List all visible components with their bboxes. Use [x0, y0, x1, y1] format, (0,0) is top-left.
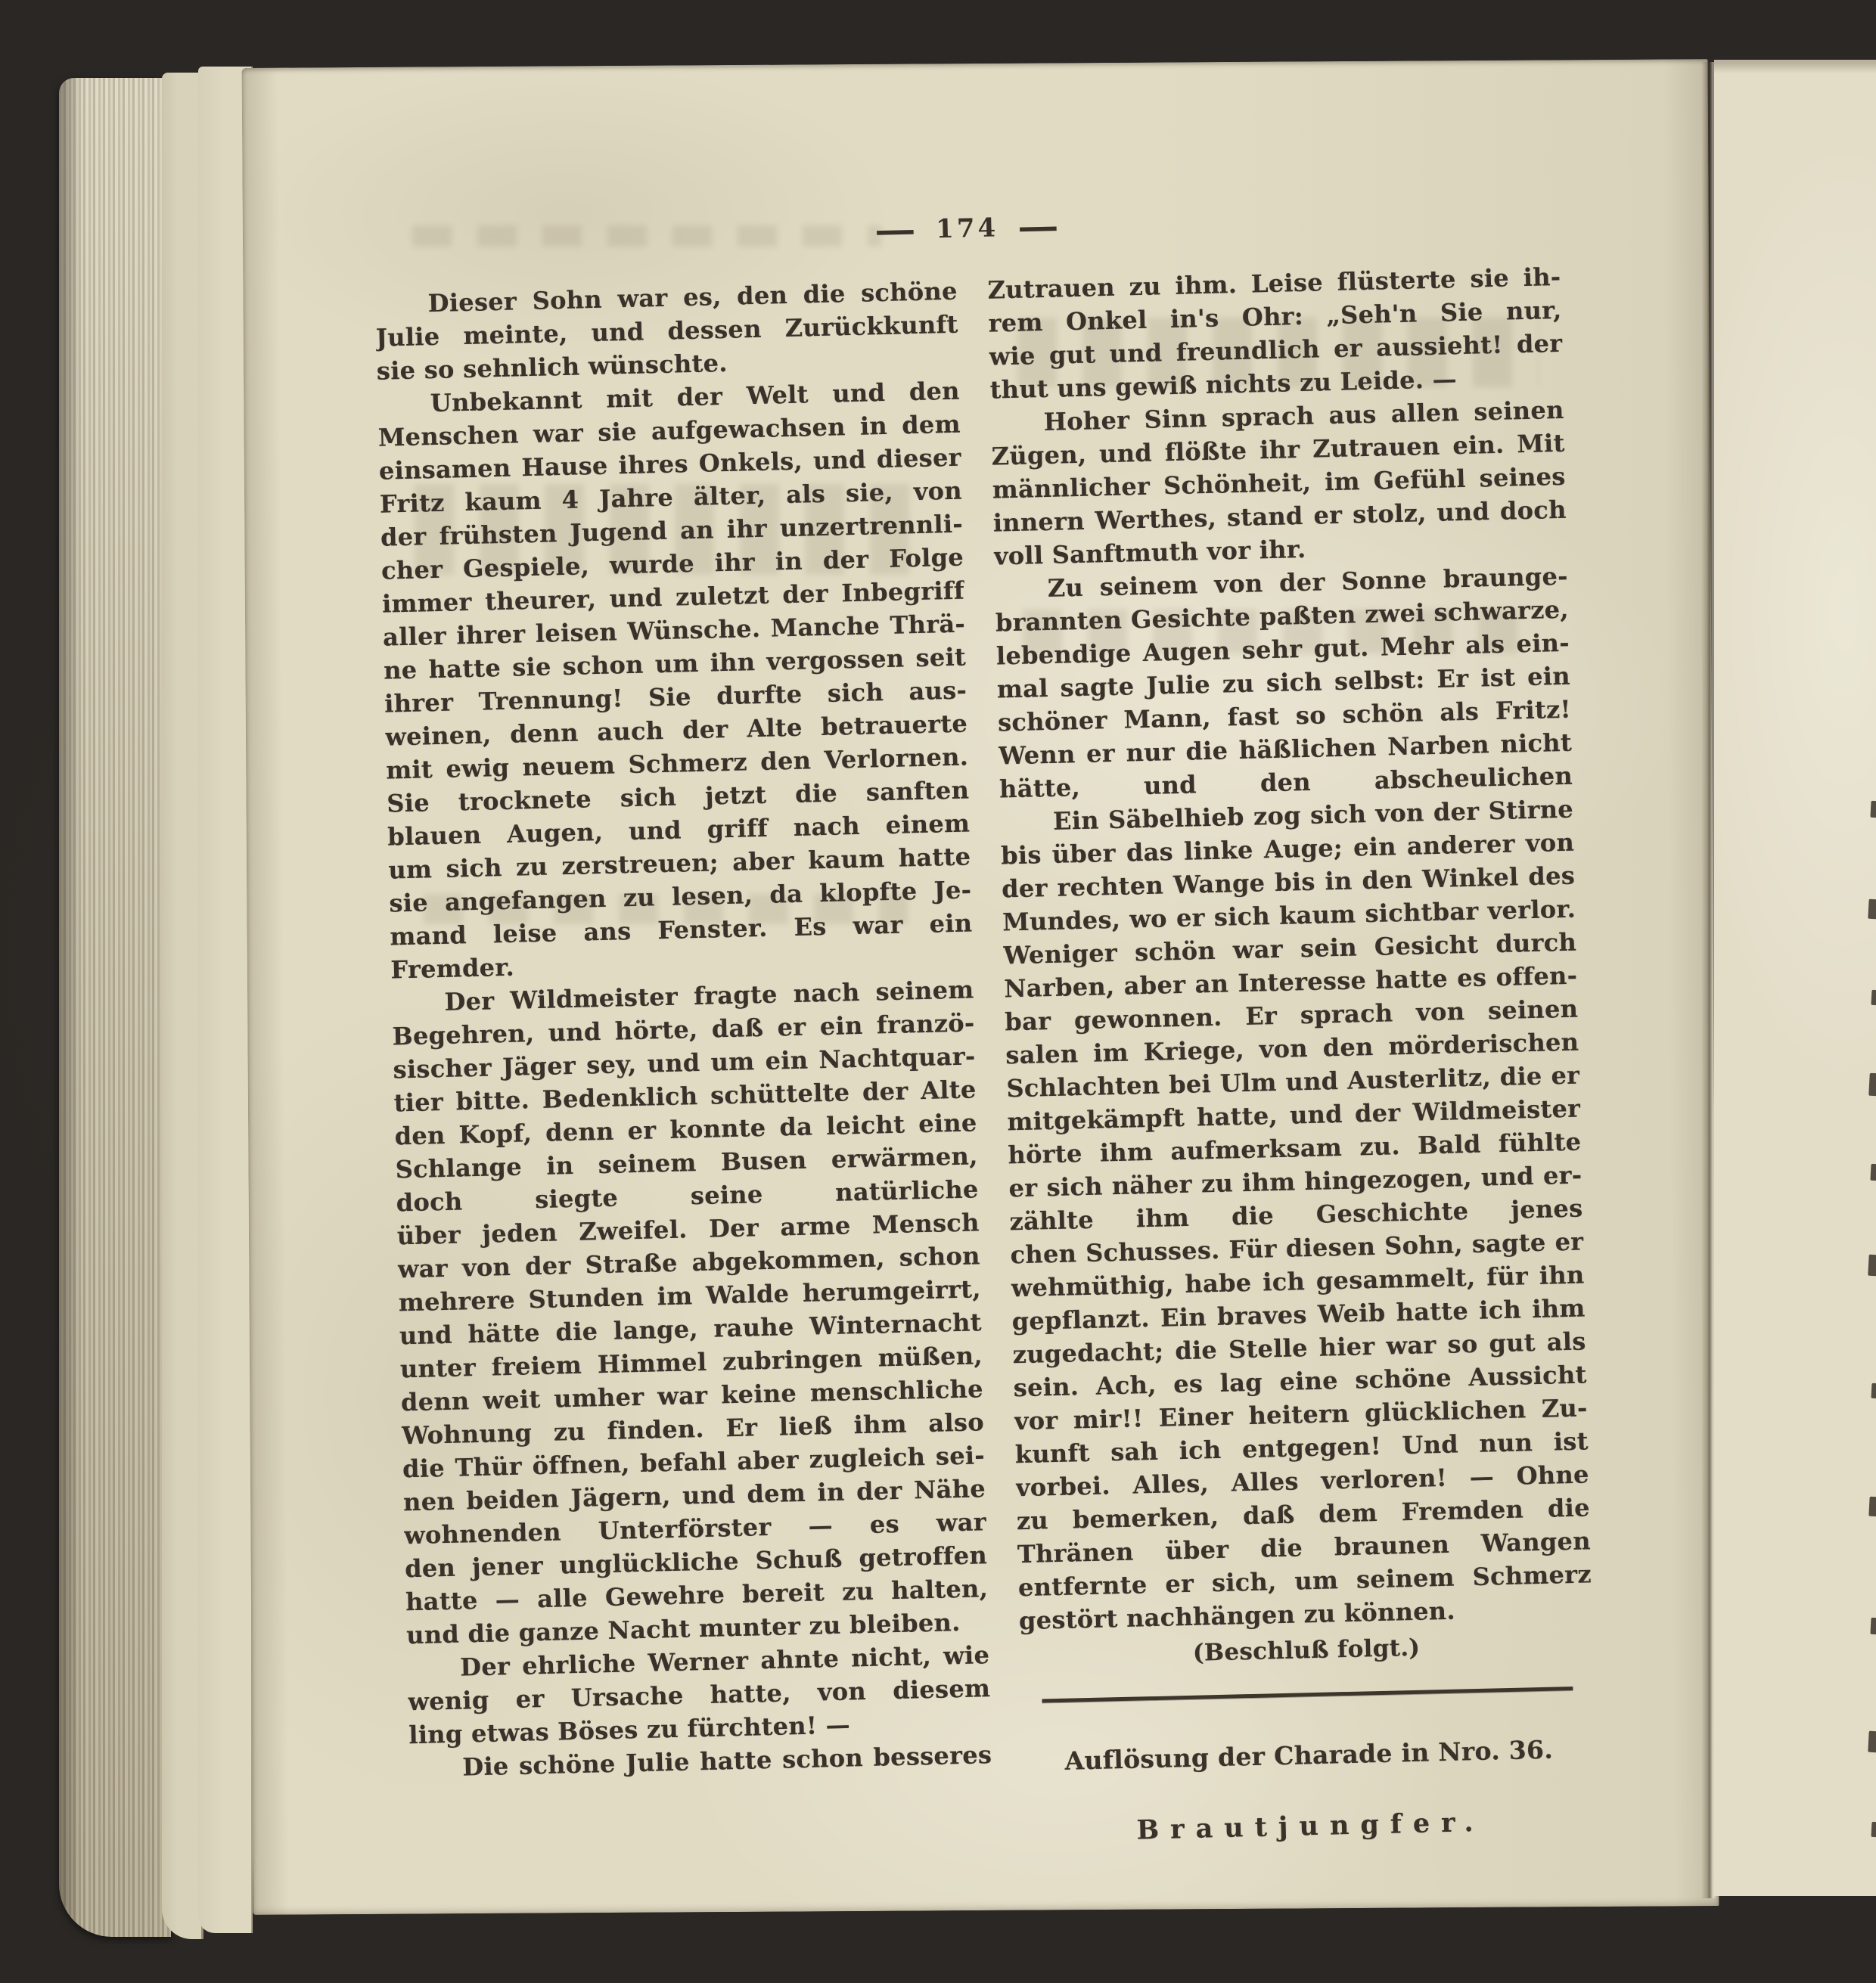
page-stack-edges [59, 78, 171, 1937]
header-dash-left: — [874, 209, 917, 252]
page-edge-glyph-fragment [1868, 1255, 1876, 1277]
charade-solution-heading: Auflösung der Charade in Nro. 36. [1022, 1732, 1596, 1779]
page-edge-glyph-fragment [1868, 1731, 1876, 1753]
page-edge-glyph-fragment [1870, 801, 1876, 818]
page-edge-glyph-fragment [1870, 1164, 1876, 1181]
header-dash-right: — [1017, 205, 1061, 248]
right-column: Zutrauen zu ihm. Leise flüsterte sie ih-… [987, 260, 1598, 1851]
page-edge-glyph-fragment [1871, 1383, 1876, 1398]
section-divider-rule [1042, 1687, 1573, 1703]
next-page-edge [1714, 60, 1876, 1896]
page-edge-glyph-fragment [1868, 1497, 1876, 1517]
book-scan: —174— Dieser Sohn war es, den die schöne… [0, 0, 1876, 1983]
charade-solution-answer: Brautjungfer. [1023, 1803, 1598, 1851]
page-edge-glyph-fragment [1870, 1618, 1876, 1634]
page-edge-glyph-fragment [1871, 990, 1876, 1005]
page-edge-glyph-fragment [1868, 1073, 1876, 1097]
page-text: —174— Dieser Sohn war es, den die schöne… [374, 244, 1600, 1904]
under-page-edge [162, 73, 203, 1939]
left-column: Dieser Sohn war es, den die schöneJulie … [374, 275, 992, 1786]
page-number: 174 [936, 213, 999, 244]
page-edge-glyph-fragment [1871, 1822, 1876, 1837]
right-column-lines: Zutrauen zu ihm. Leise flüsterte sie ih-… [987, 260, 1592, 1637]
page-edge-glyph-fragment [1868, 899, 1876, 920]
